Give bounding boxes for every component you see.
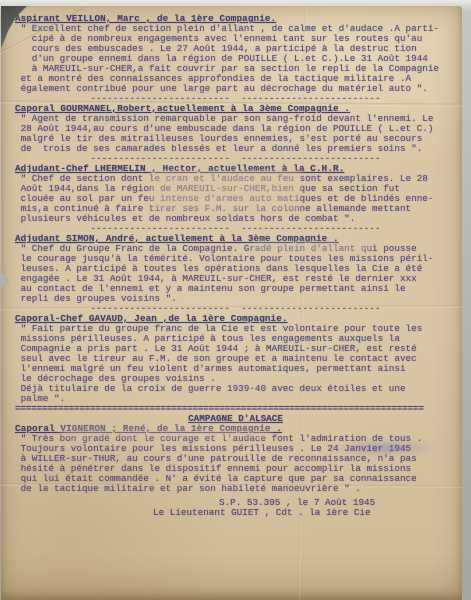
citation-body: " Fait partie du groupe franc de la Cie … <box>15 324 456 404</box>
citation-body: " Agent de transmission remarquable par … <box>15 114 456 154</box>
purple-ink-smudge <box>332 440 436 456</box>
document-page: Aspirant VEILLON, Marc , de la 1ère Comp… <box>1 6 462 600</box>
document-footer: S.P. 53.395 , le 7 Août 1945 Le Lieutena… <box>15 498 456 518</box>
citation-body: " Chef du Groupe Franc de la Compagnie. … <box>15 244 456 304</box>
typewritten-content: Aspirant VEILLON, Marc , de la 1ère Comp… <box>1 6 462 600</box>
citation-gavaud: Caporal-Chef GAVAUD, Jean ,de la 1ère Co… <box>15 314 456 414</box>
ink-fade-patch <box>151 171 301 211</box>
citation-gourmanel: Caporal GOURMANEL,Robert,actuellement à … <box>15 104 456 164</box>
ink-fade-patch <box>251 242 371 254</box>
ink-fade-patch <box>61 424 271 438</box>
footer-signature-line: Le Lieutenant GUIET , Cdt . la 1ère Cie <box>15 508 456 518</box>
citation-body: " Excellent chef de section plein d'alla… <box>15 24 456 94</box>
citation-veillon: Aspirant VEILLON, Marc , de la 1ère Comp… <box>15 14 456 104</box>
citation-simon: Adjudant SIMON, André, actuellement à la… <box>15 234 456 314</box>
